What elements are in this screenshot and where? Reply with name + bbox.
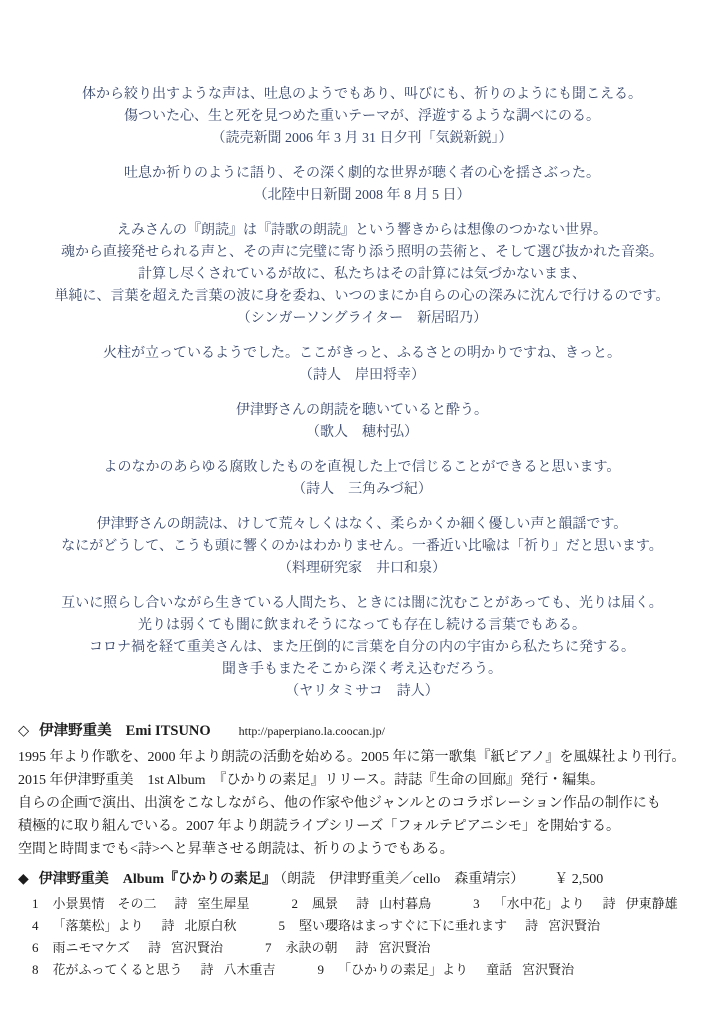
track-author: 宮沢賢治 bbox=[379, 937, 431, 959]
track-author: 宮沢賢治 bbox=[171, 937, 223, 959]
track-title: 小景異情 その二 bbox=[53, 893, 157, 915]
quote-line: えみさんの『朗読』は『詩歌の朗読』という響きからは想像のつかない世界。 bbox=[10, 220, 714, 242]
track-item: 3「水中花」より詩伊東静雄 bbox=[473, 893, 678, 915]
bio-line: 空間と時間までも<詩>へと昇華させる朗読は、祈りのようでもある。 bbox=[18, 838, 714, 861]
album-credits: （朗読 伊津野重美／cello 森重靖宗） bbox=[280, 872, 524, 887]
quote-attribution: （詩人 三角みづ紀） bbox=[10, 479, 714, 501]
quote-line: 単純に、言葉を超えた言葉の波に身を委ね、いつのまにか自らの心の深みに沈んで行ける… bbox=[10, 286, 714, 308]
quote-line: なにがどうして、こうも頭に響くのかはわかりません。一番近い比喩は「祈り」だと思い… bbox=[10, 536, 714, 558]
track-number: 8 bbox=[32, 959, 39, 981]
track-title: 堅い瓔珞はまっすぐに下に垂れます bbox=[299, 915, 507, 937]
track-number: 6 bbox=[32, 937, 39, 959]
diamond-filled-icon: ◆ bbox=[18, 872, 29, 887]
track-item: 5堅い瓔珞はまっすぐに下に垂れます詩宮沢賢治 bbox=[279, 915, 601, 937]
track-title: 「ひかりの素足」より bbox=[338, 959, 468, 981]
quote-line: 魂から直接発せられる声と、その声に完璧に寄り添う照明の芸術と、そして選び抜かれた… bbox=[10, 242, 714, 264]
track-credit-label: 詩 bbox=[356, 893, 369, 915]
track-title: 「落葉松」より bbox=[53, 915, 144, 937]
track-number: 1 bbox=[32, 893, 39, 915]
bio-name: 伊津野重美 bbox=[39, 723, 112, 739]
quote-attribution: （読売新聞 2006 年 3 月 31 日夕刊「気鋭新鋭」） bbox=[10, 128, 714, 150]
track-item: 7永訣の朝詩宮沢賢治 bbox=[265, 937, 431, 959]
quote-attribution: （歌人 穂村弘） bbox=[10, 422, 714, 444]
track-credit-label: 詩 bbox=[148, 937, 161, 959]
quote-line: 火柱が立っているようでした。ここがきっと、ふるさとの明かりですね、きっと。 bbox=[10, 343, 714, 365]
track-credit-label: 詩 bbox=[175, 893, 188, 915]
quote-line: 吐息か祈りのように語り、その深く劇的な世界が聴く者の心を揺さぶった。 bbox=[10, 163, 714, 185]
track-item: 8花がふってくると思う詩八木重吉 bbox=[32, 959, 276, 981]
track-line: 6雨ニモマケズ詩宮沢賢治7永訣の朝詩宮沢賢治 bbox=[18, 937, 714, 959]
quote-block: えみさんの『朗読』は『詩歌の朗読』という響きからは想像のつかない世界。魂から直接… bbox=[10, 220, 714, 330]
track-item: 4「落葉松」より詩北原白秋 bbox=[32, 915, 237, 937]
quote-line: 聞き手もまたそこから深く考え込むだろう。 bbox=[10, 659, 714, 681]
track-list: 1小景異情 その二詩室生犀星2風景詩山村暮鳥3「水中花」より詩伊東静雄4「落葉松… bbox=[18, 893, 714, 981]
track-author: 伊東静雄 bbox=[626, 893, 678, 915]
album-price: ￥ 2,500 bbox=[554, 872, 603, 887]
track-author: 八木重吉 bbox=[224, 959, 276, 981]
track-credit-label: 詩 bbox=[162, 915, 175, 937]
album-title: Album『ひかりの素足』 bbox=[123, 872, 276, 887]
track-credit-label: 詩 bbox=[201, 959, 214, 981]
track-credit-label: 童話 bbox=[486, 959, 512, 981]
quote-attribution: （料理研究家 井口和泉） bbox=[10, 558, 714, 580]
track-title: 永訣の朝 bbox=[286, 937, 338, 959]
quote-attribution: （北陸中日新聞 2008 年 8 月 5 日） bbox=[10, 185, 714, 207]
quote-attribution: （詩人 岸田将幸） bbox=[10, 365, 714, 387]
track-item: 6雨ニモマケズ詩宮沢賢治 bbox=[32, 937, 223, 959]
track-number: 2 bbox=[292, 893, 299, 915]
track-author: 山村暮鳥 bbox=[379, 893, 431, 915]
quote-line: 伊津野さんの朗読は、けして荒々しくはなく、柔らかくか細く優しい声と韻謡です。 bbox=[10, 514, 714, 536]
track-line: 1小景異情 その二詩室生犀星2風景詩山村暮鳥3「水中花」より詩伊東静雄 bbox=[18, 893, 714, 915]
bio-line: 1995 年より作歌を、2000 年より朗読の活動を始める。2005 年に第一歌… bbox=[18, 746, 714, 769]
quote-line: 伊津野さんの朗読を聴いていると酔う。 bbox=[10, 400, 714, 422]
bio-section: ◇伊津野重美Emi ITSUNOhttp://paperpiano.la.coo… bbox=[10, 719, 714, 861]
bio-name-en: Emi ITSUNO bbox=[126, 723, 211, 739]
track-title: 「水中花」より bbox=[494, 893, 585, 915]
track-number: 5 bbox=[279, 915, 286, 937]
quote-attribution: （ヤリタミサコ 詩人） bbox=[10, 681, 714, 703]
track-author: 宮沢賢治 bbox=[522, 959, 574, 981]
bio-header: ◇伊津野重美Emi ITSUNOhttp://paperpiano.la.coo… bbox=[18, 719, 714, 743]
quote-block: 伊津野さんの朗読は、けして荒々しくはなく、柔らかくか細く優しい声と韻謡です。なに… bbox=[10, 514, 714, 580]
quote-line: 計算し尽くされているが故に、私たちはその計算には気づかないまま、 bbox=[10, 264, 714, 286]
quote-block: 体から絞り出すような声は、吐息のようでもあり、叫びにも、祈りのようにも聞こえる。… bbox=[10, 84, 714, 150]
album-artist: 伊津野重美 bbox=[39, 872, 109, 887]
bio-line: 積極的に取り組んでいる。2007 年より朗読ライブシリーズ「フォルテピアニシモ」… bbox=[18, 815, 714, 838]
track-item: 2風景詩山村暮鳥 bbox=[292, 893, 432, 915]
track-author: 室生犀星 bbox=[198, 893, 250, 915]
track-author: 北原白秋 bbox=[185, 915, 237, 937]
quote-line: 光りは弱くても闇に飲まれそうになっても存在し続ける言葉でもある。 bbox=[10, 615, 714, 637]
quote-attribution: （シンガーソングライター 新居昭乃） bbox=[10, 308, 714, 330]
quote-block: よのなかのあらゆる腐敗したものを直視した上で信じることができると思います。（詩人… bbox=[10, 457, 714, 501]
track-credit-label: 詩 bbox=[603, 893, 616, 915]
quote-line: コロナ禍を経て重美さんは、また圧倒的に言葉を自分の内の宇宙から私たちに発する。 bbox=[10, 637, 714, 659]
track-author: 宮沢賢治 bbox=[548, 915, 600, 937]
track-item: 9「ひかりの素足」より童話宮沢賢治 bbox=[318, 959, 575, 981]
bio-line: 自らの企画で演出、出演をこなしながら、他の作家や他ジャンルとのコラボレーション作… bbox=[18, 792, 714, 815]
track-title: 花がふってくると思う bbox=[53, 959, 183, 981]
bio-text: 1995 年より作歌を、2000 年より朗読の活動を始める。2005 年に第一歌… bbox=[18, 746, 714, 861]
document-page: 体から絞り出すような声は、吐息のようでもあり、叫びにも、祈りのようにも聞こえる。… bbox=[0, 0, 724, 1024]
track-credit-label: 詩 bbox=[356, 937, 369, 959]
quotes-section: 体から絞り出すような声は、吐息のようでもあり、叫びにも、祈りのようにも聞こえる。… bbox=[10, 84, 714, 703]
track-item: 1小景異情 その二詩室生犀星 bbox=[32, 893, 250, 915]
quote-line: よのなかのあらゆる腐敗したものを直視した上で信じることができると思います。 bbox=[10, 457, 714, 479]
album-header: ◆伊津野重美Album『ひかりの素足』（朗読 伊津野重美／cello 森重靖宗）… bbox=[18, 869, 714, 891]
track-title: 雨ニモマケズ bbox=[53, 937, 130, 959]
track-number: 4 bbox=[32, 915, 39, 937]
quote-line: 互いに照らし合いながら生きている人間たち、ときには闇に沈むことがあっても、光りは… bbox=[10, 593, 714, 615]
quote-block: 火柱が立っているようでした。ここがきっと、ふるさとの明かりですね、きっと。（詩人… bbox=[10, 343, 714, 387]
track-number: 7 bbox=[265, 937, 272, 959]
track-line: 4「落葉松」より詩北原白秋5堅い瓔珞はまっすぐに下に垂れます詩宮沢賢治 bbox=[18, 915, 714, 937]
track-credit-label: 詩 bbox=[525, 915, 538, 937]
track-number: 3 bbox=[473, 893, 480, 915]
track-title: 風景 bbox=[312, 893, 338, 915]
quote-line: 体から絞り出すような声は、吐息のようでもあり、叫びにも、祈りのようにも聞こえる。 bbox=[10, 84, 714, 106]
quote-line: 傷ついた心、生と死を見つめた重いテーマが、浮遊するような調べにのる。 bbox=[10, 106, 714, 128]
bio-url: http://paperpiano.la.coocan.jp/ bbox=[239, 724, 385, 738]
track-line: 8花がふってくると思う詩八木重吉9「ひかりの素足」より童話宮沢賢治 bbox=[18, 959, 714, 981]
quote-block: 吐息か祈りのように語り、その深く劇的な世界が聴く者の心を揺さぶった。（北陸中日新… bbox=[10, 163, 714, 207]
bio-line: 2015 年伊津野重美 1st Album 『ひかりの素足』リリース。詩誌『生命… bbox=[18, 769, 714, 792]
quote-block: 伊津野さんの朗読を聴いていると酔う。（歌人 穂村弘） bbox=[10, 400, 714, 444]
diamond-outline-icon: ◇ bbox=[18, 723, 29, 739]
track-number: 9 bbox=[318, 959, 325, 981]
quote-block: 互いに照らし合いながら生きている人間たち、ときには闇に沈むことがあっても、光りは… bbox=[10, 593, 714, 703]
album-section: ◆伊津野重美Album『ひかりの素足』（朗読 伊津野重美／cello 森重靖宗）… bbox=[10, 869, 714, 981]
